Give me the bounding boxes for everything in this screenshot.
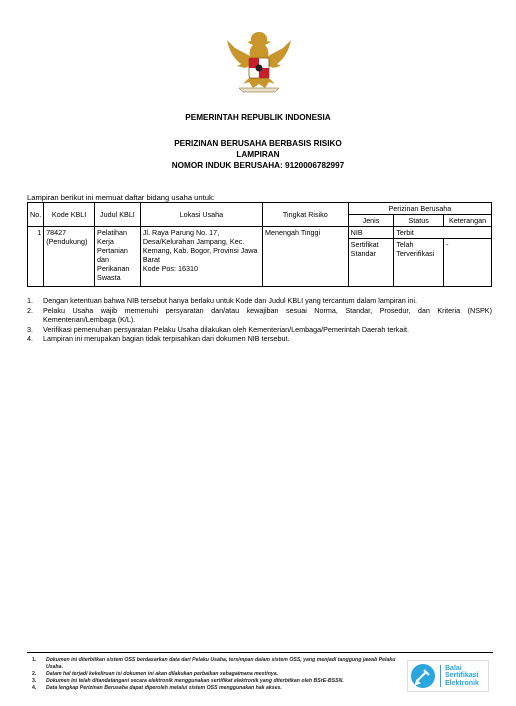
cell-risiko: Menengah Tinggi [262,227,348,287]
note-item: 2.Pelaku Usaha wajib memenuhi persyarata… [27,306,492,325]
col-perizinan: Perizinan Berusaha [348,203,491,215]
footer: 1.Dokumen ini diterbitkan sistem OSS ber… [27,652,493,697]
cell-kode-kbli: 78427 (Pendukung) [44,227,95,287]
note-item: 4.Lampiran ini merupakan bagian tidak te… [27,334,492,344]
nib-number: NOMOR INDUK BERUSAHA: 9120006782997 [0,160,516,171]
cell-jenis: Sertifikat Standar [348,239,394,287]
bsre-pen-icon [411,664,435,688]
bsre-label: Balai Sertifikasi Elektronik [440,665,479,688]
col-no: No. [28,203,44,227]
col-lokasi: Lokasi Usaha [140,203,262,227]
document-title: PERIZINAN BERUSAHA BERBASIS RISIKO [0,138,516,149]
cell-judul-kbli: Pelatihan Kerja Pertanian dan Perikanan … [95,227,141,287]
cell-jenis: NIB [348,227,394,239]
cell-status: Telah Terverifikasi [394,239,444,287]
col-kode-kbli: Kode KBLI [44,203,95,227]
cell-keterangan: - [444,239,492,287]
footer-note: 1.Dokumen ini diterbitkan sistem OSS ber… [32,657,412,671]
footer-note: 4.Data lengkap Perizinan Berusaha dapat … [32,685,412,692]
footer-note: 2.Dalam hal terjadi kekeliruan isi dokum… [32,671,412,678]
document-subtitle: LAMPIRAN [0,149,516,160]
col-status: Status [394,215,444,227]
cell-no: 1 [28,227,44,287]
col-keterangan: Keterangan [444,215,492,227]
table-row: 1 78427 (Pendukung) Pelatihan Kerja Pert… [28,227,492,239]
col-risiko: Tingkat Risiko [262,203,348,227]
intro-text: Lampiran berikut ini memuat daftar bidan… [27,193,215,202]
lokasi-postal: Kode Pos: 16310 [143,264,260,273]
government-heading: PEMERINTAH REPUBLIK INDONESIA [0,112,516,123]
notes-list: 1.Dengan ketentuan bahwa NIB tersebut ha… [27,296,492,344]
cell-lokasi: Jl. Raya Parung No. 17, Desa/Kelurahan J… [140,227,262,287]
cell-status: Terbit [394,227,492,239]
col-jenis: Jenis [348,215,394,227]
col-judul-kbli: Judul KBLI [95,203,141,227]
lokasi-address: Jl. Raya Parung No. 17, Desa/Kelurahan J… [143,228,260,264]
garuda-emblem-icon [223,28,295,100]
note-item: 1.Dengan ketentuan bahwa NIB tersebut ha… [27,296,492,306]
bsre-logo: Balai Sertifikasi Elektronik [407,660,489,692]
footer-note: 3.Dokumen ini telah ditandatangani secar… [32,678,412,685]
kbli-table: No. Kode KBLI Judul KBLI Lokasi Usaha Ti… [27,202,492,287]
footer-notes: 1.Dokumen ini diterbitkan sistem OSS ber… [32,657,412,692]
note-item: 3.Verifikasi pemenuhan persyaratan Pelak… [27,325,492,335]
